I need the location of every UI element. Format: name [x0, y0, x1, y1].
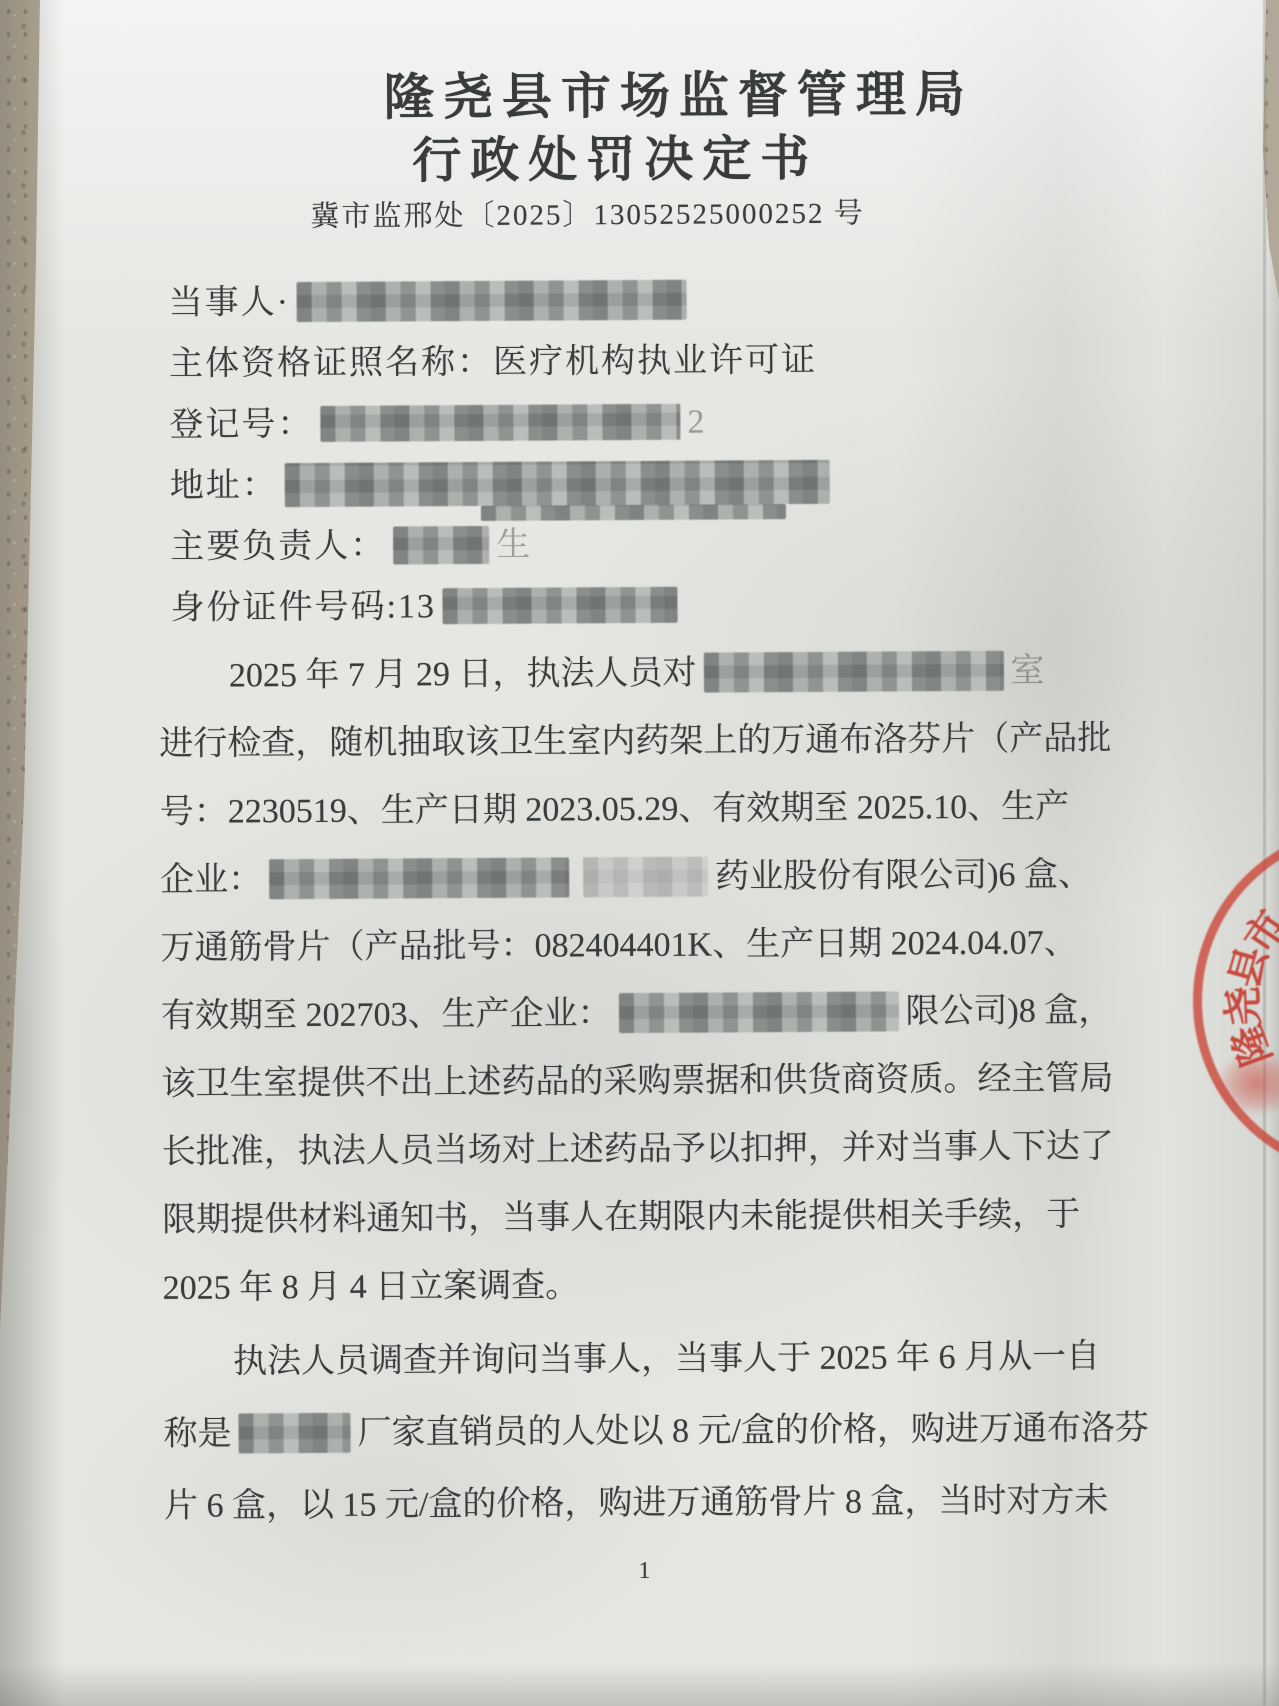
body-line: 万通筋骨片（产品批号：082404401K、生产日期 2024.04.07、: [160, 909, 1060, 982]
paragraph-2: 执法人员调查并询问当事人，当事人于 2025 年 6 月从一自称是厂家直销员的人…: [163, 1321, 1064, 1542]
text-segment: 长批准，执法人员当场对上述药品予以扣押，并对当事人下达了: [162, 1128, 1114, 1171]
body-line: 2025 年 8 月 4 日立案调查。: [162, 1249, 1062, 1322]
document-number: 冀市监邢处〔2025〕13052525000252 号: [0, 188, 1275, 237]
text-segment: 2025 年 8 月 4 日立案调查。: [163, 1267, 580, 1307]
field-label: 主体资格证照名称：: [169, 344, 493, 383]
body-line: 长批准，执法人员当场对上述药品予以扣押，并对当事人下达了: [162, 1113, 1062, 1186]
field-principal: 主要负责人：生: [170, 511, 1050, 577]
body-line: 执法人员调查并询问当事人，当事人于 2025 年 6 月从一自: [163, 1321, 1063, 1398]
text-segment: 企业：: [160, 861, 262, 899]
text-segment: 限期提供材料通知书，当事人在期限内未能提供相关手续，于: [162, 1196, 1080, 1239]
field-label: 身份证件号码:: [170, 588, 398, 626]
redacted-block: [269, 858, 569, 900]
body-line: 片 6 盒，以 15 元/盒的价格，购进万通筋骨片 8 盒，当时对方未: [164, 1465, 1064, 1542]
document-content: 隆尧县市场监督管理局 行政处罚决定书 冀市监邢处〔2025〕1305252500…: [0, 0, 1279, 1706]
body-text: 2025 年 7 月 29 日，执法人员对室进行检查，随机抽取该卫生室内药架上的…: [159, 637, 1064, 1542]
text-segment: 医疗机构执业许可证: [493, 342, 817, 381]
redacted-block: [285, 460, 830, 507]
redacted-block: [703, 651, 1003, 693]
redacted-block: [393, 526, 489, 565]
body-line: 该卫生室提供不出上述药品的采购票据和供货商资质。经主管局: [161, 1045, 1061, 1118]
field-label: 登记号：: [169, 406, 313, 444]
body-line: 有效期至 202703、生产企业：限公司)8 盒，: [161, 977, 1061, 1050]
text-segment: 片 6 盒，以 15 元/盒的价格，购进万通筋骨片 8 盒，当时对方未: [164, 1482, 1109, 1525]
fields-section: 当事人·主体资格证照名称：医疗机构执业许可证登记号：2地址：主要负责人：生身份证…: [168, 267, 1050, 638]
redacted-block: [297, 280, 687, 322]
text-segment: 万通筋骨片（产品批号：082404401K、生产日期 2024.04.07、: [160, 924, 1077, 967]
text-segment: 号：2230519、生产日期 2023.05.29、有效期至 2025.10、生…: [160, 788, 1070, 831]
field-license-name: 主体资格证照名称：医疗机构执业许可证: [169, 328, 1049, 394]
text-segment: 称是: [163, 1416, 231, 1453]
field-label: 地址：: [170, 467, 278, 505]
body-line: 称是厂家直销员的人处以 8 元/盒的价格，购进万通布洛芬: [163, 1393, 1063, 1470]
redacted-block: [618, 992, 898, 1034]
field-party: 当事人·: [168, 267, 1048, 333]
body-line: 进行检查，随机抽取该卫生室内药架上的万通布洛芬片（产品批: [159, 705, 1059, 778]
document-title: 行政处罚决定书: [0, 117, 1275, 195]
redacted-block: [583, 857, 708, 898]
body-line: 2025 年 7 月 29 日，执法人员对室: [159, 637, 1059, 710]
faint-partial-text: 室: [1010, 653, 1044, 690]
text-segment: 该卫生室提供不出上述药品的采购票据和供货商资质。经主管局: [161, 1060, 1113, 1103]
body-line: 企业：药业股份有限公司)6 盒、: [160, 841, 1060, 914]
text-segment: 有效期至 202703、生产企业：: [161, 995, 612, 1035]
redacted-block: [238, 1413, 350, 1454]
text-segment: 药业股份有限公司)6 盒、: [715, 856, 1092, 895]
page-number: 1: [638, 1558, 650, 1585]
faint-partial-text: 2: [687, 404, 706, 441]
faint-partial-text: 生: [496, 527, 532, 564]
text-segment: 限公司)8 盒，: [905, 992, 1112, 1030]
photographed-document-page: 隆尧县市场监督管理局 行政处罚决定书 冀市监邢处〔2025〕1305252500…: [0, 0, 1279, 1706]
text-segment: 2025 年 7 月 29 日，执法人员对: [229, 655, 697, 695]
body-line: 号：2230519、生产日期 2023.05.29、有效期至 2025.10、生…: [160, 773, 1060, 846]
redacted-block: [443, 587, 678, 624]
field-address: 地址：: [170, 450, 1050, 516]
body-line: 限期提供材料通知书，当事人在期限内未能提供相关手续，于: [162, 1181, 1062, 1254]
field-label: 主要负责人：: [170, 528, 386, 566]
field-registration-no: 登记号：2: [169, 389, 1049, 455]
text-segment: 进行检查，随机抽取该卫生室内药架上的万通布洛芬片（产品批: [159, 720, 1111, 763]
text-segment: 13: [398, 588, 436, 625]
field-id-number: 身份证件号码:13: [170, 572, 1050, 638]
text-segment: 厂家直销员的人处以 8 元/盒的价格，购进万通布洛芬: [357, 1410, 1149, 1452]
redacted-block: [320, 404, 680, 442]
text-segment: 执法人员调查并询问当事人，当事人于 2025 年 6 月从一自: [233, 1338, 1100, 1380]
field-label: 当事人·: [169, 284, 291, 322]
paragraph-1: 2025 年 7 月 29 日，执法人员对室进行检查，随机抽取该卫生室内药架上的…: [159, 637, 1063, 1322]
